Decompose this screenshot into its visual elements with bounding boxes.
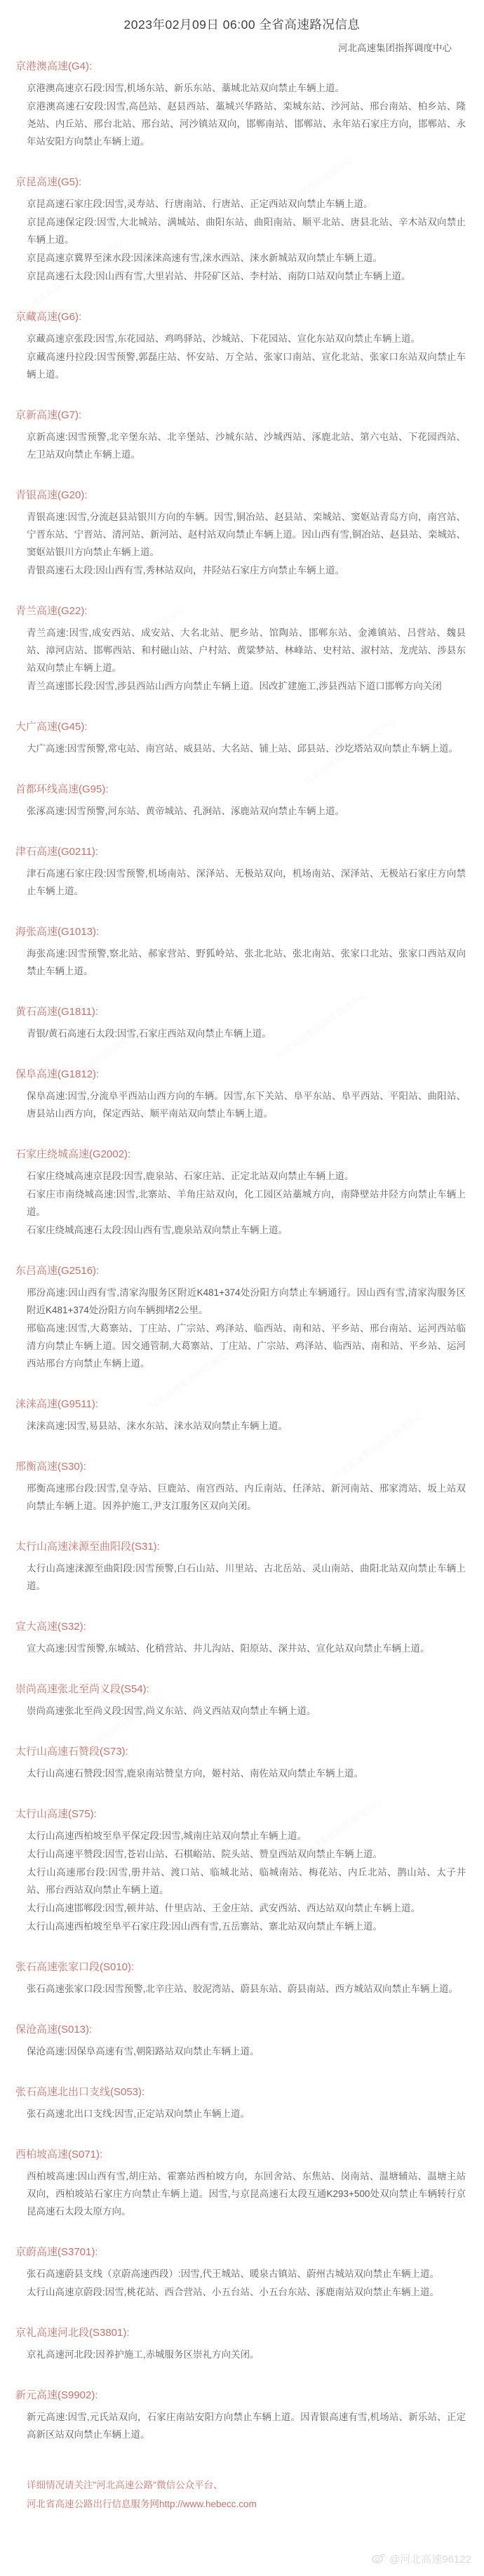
road-status-paragraph: 京昆高速石家庄段:因雪,灵寿站、行唐南站、行唐站、正定西站双向禁止车辆上道。 — [27, 195, 466, 213]
highway-name: 太行山高速涞源至曲阳段(S31): — [15, 1539, 484, 1553]
highway-section: 张石高速北出口支线(S053): 张石高速北出口支线:因雪,正定站双向禁止车辆上… — [0, 2084, 484, 2123]
highway-section: 太行山高速涞源至曲阳段(S31): 太行山高速涞源至曲阳段:因雪预警,白石山站、… — [0, 1539, 484, 1595]
road-status-paragraph: 太行山高速平赞段:因雪,苍岩山站、石棋峪站、院头站、赞皇西站双向禁止车辆上道。 — [27, 1845, 466, 1863]
highway-name: 海张高速(G1013): — [15, 924, 484, 938]
highway-section: 青银高速(G20): 青银高速:因雪,分流赵县站银川方向的车辆。因雪,铜冶站、赵… — [0, 487, 484, 579]
highway-name: 首都环线高速(G95): — [15, 781, 484, 796]
highway-section: 太行山高速(S75): 太行山高速西柏坡至阜平保定段:因雪,城南庄站双向禁止车辆… — [0, 1806, 484, 1935]
page-title: 2023年02月09日 06:00 全省高速路况信息 — [0, 15, 484, 33]
highway-section: 张石高速张家口段(S010): 张石高速张家口段:因雪预警,北辛庄站、胶泥湾站、… — [0, 1959, 484, 1998]
highway-section: 石家庄绕城高速(G2002): 石家庄绕城高速京昆段:因雪,鹿泉站、石家庄站、正… — [0, 1146, 484, 1239]
road-status-paragraph: 保阜高速:因雪,分流阜平西站山西方向的车辆。因雪,东下关站、阜平东站、阜平西站、… — [27, 1087, 466, 1122]
road-status-paragraph: 新元高速:因雪,元氏站双向，石家庄南站安阳方向禁止车辆上道。因青银高速有雪,机场… — [27, 2408, 466, 2443]
road-status-paragraph: 青兰高速邯长段:因雪,涉县西站山西方向禁止车辆上道。因改扩建施工,涉县西站下道口… — [27, 677, 466, 695]
highway-section: 京港澳高速(G4): 京港澳高速京石段:因雪,机场东站、新乐东站、藁城北站双向禁… — [0, 58, 484, 150]
highway-name: 京藏高速(G6): — [15, 309, 484, 324]
road-status-paragraph: 宣大高速:因雪预警,东城站、化稍营站、井儿沟站、阳原站、深井站、宣化站双向禁止车… — [27, 1640, 466, 1657]
highway-name: 京蔚高速(S3701): — [15, 2244, 484, 2259]
highway-name: 崇尚高速张北至尚义段(S54): — [15, 1681, 484, 1696]
road-status-paragraph: 太行山高速邯郸段:因雪,顿井站、什里店站、王金庄站、武安西站、西达站双向禁止车辆… — [27, 1899, 466, 1917]
highway-name: 京昆高速(G5): — [15, 174, 484, 189]
highway-section: 青兰高速(G22): 青兰高速:因雪,成安西站、成安站、大名北站、肥乡站、馆陶站… — [0, 603, 484, 695]
highway-name: 津石高速(G0211): — [15, 844, 484, 858]
highway-name: 新元高速(S9902): — [15, 2387, 484, 2402]
road-status-paragraph: 青银高速:因雪,分流赵县站银川方向的车辆。因雪,铜冶站、赵县站、栾城站、窦妪站青… — [27, 508, 466, 561]
highway-name: 京港澳高速(G4): — [15, 58, 484, 73]
road-status-paragraph: 太行山高速石赞段:因雪,鹿泉南站赞皇方向，姬村站、南佐站双向禁止车辆上道。 — [27, 1765, 466, 1782]
highway-section: 邢衡高速(S30): 邢衡高速邢台段:因雪,皇寺站、巨鹿站、南宫西站、内丘南站、… — [0, 1459, 484, 1515]
highway-name: 宣大高速(S32): — [15, 1619, 484, 1633]
highway-name: 太行山高速(S75): — [15, 1806, 484, 1821]
road-status-paragraph: 青银高速石太段:因山西有雪,秀林站双向，井陉站石家庄方向禁止车辆上道。 — [27, 562, 466, 579]
highway-section: 首都环线高速(G95): 张涿高速:因雪预警,河东站、黄帝城站、孔涧站、涿鹿站双… — [0, 781, 484, 820]
highway-section: 崇尚高速张北至尚义段(S54): 崇尚高速张北至尚义段:因雪,尚义东站、尚义西站… — [0, 1681, 484, 1720]
road-status-paragraph: 石家庄市南绕城高速:因雪,北寨站、羊角庄站双向，化工园区站藁城方向，南降壁站井陉… — [27, 1186, 466, 1221]
highway-section: 太行山高速石赞段(S73): 太行山高速石赞段:因雪,鹿泉南站赞皇方向，姬村站、… — [0, 1744, 484, 1782]
road-status-paragraph: 京昆高速保定段:因雪,大北城站、满城站、曲阳东站、曲阳南站、顺平北站、唐县北站、… — [27, 213, 466, 248]
highway-section: 京新高速(G7): 京新高速:因雪预警,北辛堡东站、北辛堡站、沙城东站、沙城西站… — [0, 407, 484, 463]
road-status-paragraph: 崇尚高速张北至尚义段:因雪,尚义东站、尚义西站双向禁止车辆上道。 — [27, 1702, 466, 1720]
road-status-paragraph: 邢汾高速:因山西有雪,清家沟服务区附近K481+374处汾阳方向禁止车辆通行。因… — [27, 1284, 466, 1319]
highway-section: 大广高速(G45): 大广高速:因雪预警,常屯站、南宫站、威县站、大名站、铺上站… — [0, 719, 484, 757]
highway-section: 海张高速(G1013): 海张高速:因雪预警,察北站、郝家营站、野狐岭站、张北北… — [0, 924, 484, 980]
highway-section: 京藏高速(G6): 京藏高速京张段:因雪,东花园站、鸡鸣驿站、沙城站、下花园站、… — [0, 309, 484, 383]
highway-name: 邢衡高速(S30): — [15, 1459, 484, 1473]
weibo-icon — [372, 2551, 386, 2566]
road-status-paragraph: 京港澳高速京石段:因雪,机场东站、新乐东站、藁城北站双向禁止车辆上道。 — [27, 79, 466, 97]
highway-name: 石家庄绕城高速(G2002): — [15, 1146, 484, 1161]
highway-section: 保阜高速(G1812): 保阜高速:因雪,分流阜平西站山西方向的车辆。因雪,东下… — [0, 1066, 484, 1122]
road-status-paragraph: 太行山高速西柏坡至阜平保定段:因雪,城南庄站双向禁止车辆上道。 — [27, 1827, 466, 1845]
road-status-paragraph: 张石高速蔚县支线（京蔚高速西段）:因雪,代王城站、暖泉古镇站、蔚州古城站双向禁止… — [27, 2265, 466, 2283]
road-status-paragraph: 太行山高速西柏坡至阜平石家庄段:因山西有雪,五岳寨站、寨北站双向禁止车辆上道。 — [27, 1918, 466, 1935]
road-status-paragraph: 石家庄绕城高速京昆段:因雪,鹿泉站、石家庄站、正定北站双向禁止车辆上道。 — [27, 1167, 466, 1185]
highway-name: 东吕高速(G2516): — [15, 1263, 484, 1277]
road-status-paragraph: 张石高速北出口支线:因雪,正定站双向禁止车辆上道。 — [27, 2105, 466, 2123]
road-status-paragraph: 石家庄绕城高速石太段:因山西有雪,鹿泉站双向禁止车辆上道。 — [27, 1221, 466, 1239]
highway-sections-container: 京港澳高速(G4): 京港澳高速京石段:因雪,机场东站、新乐东站、藁城北站双向禁… — [0, 58, 484, 2443]
road-status-paragraph: 西柏坡高速:因山西有雪,胡庄站、霍寨站西柏坡方向，东回舍站、东焦站、岗南站、温塘… — [27, 2167, 466, 2220]
road-status-paragraph: 邢临高速:因雪,大葛寨站、丁庄站、广宗站、鸡泽站、临西站、南和站、平乡站、邢台南… — [27, 1320, 466, 1372]
highway-name: 京新高速(G7): — [15, 407, 484, 422]
highway-section: 西柏坡高速(S071): 西柏坡高速:因山西有雪,胡庄站、霍寨站西柏坡方向，东回… — [0, 2146, 484, 2220]
highway-name: 保沧高速(S013): — [15, 2021, 484, 2036]
traffic-report-document: 2023年02月09日 06:00 全省高速路况信息 河北高速集团指挥调度中心 … — [0, 0, 484, 2566]
road-status-paragraph: 青兰高速:因雪,成安西站、成安站、大名北站、肥乡站、馆陶站、邯郸东站、金滩镇站、… — [27, 624, 466, 677]
road-status-paragraph: 涞涞高速:因雪,易县站、涞水东站、涞水站双向禁止车辆上道。 — [27, 1417, 466, 1435]
highway-section: 保沧高速(S013): 保沧高速:因保阜高速有雪,朝阳路站双向禁止车辆上道。 — [0, 2021, 484, 2060]
road-status-paragraph: 海张高速:因雪预警,察北站、郝家营站、野狐岭站、张北北站、张北南站、张家口北站、… — [27, 945, 466, 980]
weibo-account-name: @河北高速96122 — [389, 2551, 471, 2566]
road-status-paragraph: 邢衡高速邢台段:因雪,皇寺站、巨鹿站、南宫西站、内丘南站、任泽站、新河南站、邢家… — [27, 1480, 466, 1515]
highway-section: 京昆高速(G5): 京昆高速石家庄段:因雪,灵寿站、行唐南站、行唐站、正定西站双… — [0, 174, 484, 285]
highway-section: 宣大高速(S32): 宣大高速:因雪预警,东城站、化稍营站、井儿沟站、阳原站、深… — [0, 1619, 484, 1657]
road-status-paragraph: 京礼高速河北段:因养护施工,赤城服务区崇礼方向关闭。 — [27, 2346, 466, 2363]
highway-name: 涞涞高速(G9511): — [15, 1396, 484, 1411]
road-status-paragraph: 太行山高速涞源至曲阳段:因雪预警,白石山站、川里站、古北岳站、灵山南站、曲阳北站… — [27, 1560, 466, 1595]
highway-name: 张石高速张家口段(S010): — [15, 1959, 484, 1974]
road-status-paragraph: 保沧高速:因保阜高速有雪,朝阳路站双向禁止车辆上道。 — [27, 2043, 466, 2060]
highway-name: 保阜高速(G1812): — [15, 1066, 484, 1081]
road-status-paragraph: 京藏高速京张段:因雪,东花园站、鸡鸣驿站、沙城站、下花园站、宣化东站双向禁止车辆… — [27, 330, 466, 347]
highway-name: 青兰高速(G22): — [15, 603, 484, 618]
footer-line-wechat: 详细情况请关注"河北高速公路"微信公众平台、 — [27, 2476, 466, 2495]
road-status-paragraph: 津石高速石家庄段:因雪预警,机场南站、深泽站、无极站双向，机场南站、深泽站、无极… — [27, 865, 466, 900]
road-status-paragraph: 张石高速张家口段:因雪预警,北辛庄站、胶泥湾站、蔚县东站、蔚县南站、西方城站双向… — [27, 1980, 466, 1998]
highway-section: 津石高速(G0211): 津石高速石家庄段:因雪预警,机场南站、深泽站、无极站双… — [0, 844, 484, 900]
issuer-subtitle: 河北高速集团指挥调度中心 — [0, 40, 452, 54]
highway-name: 太行山高速石赞段(S73): — [15, 1744, 484, 1758]
road-status-paragraph: 京昆高速石太段:因山西有雪,大里岩站、井陉矿区站、李村站、南防口站双向禁止车辆上… — [27, 267, 466, 285]
highway-section: 涞涞高速(G9511): 涞涞高速:因雪,易县站、涞水东站、涞水站双向禁止车辆上… — [0, 1396, 484, 1435]
highway-name: 青银高速(G20): — [15, 487, 484, 502]
highway-section: 新元高速(S9902): 新元高速:因雪,元氏站双向，石家庄南站安阳方向禁止车辆… — [0, 2387, 484, 2443]
highway-section: 京礼高速河北段(S3801): 京礼高速河北段:因养护施工,赤城服务区崇礼方向关… — [0, 2325, 484, 2363]
highway-name: 大广高速(G45): — [15, 719, 484, 733]
road-status-paragraph: 大广高速:因雪预警,常屯站、南宫站、威县站、大名站、铺上站、邱县站、沙圪塔站双向… — [27, 740, 466, 757]
road-status-paragraph: 京藏高速丹拉段:因雪预警,郭磊庄站、怀安站、万全站、张家口南站、宣化北站、张家口… — [27, 348, 466, 383]
road-status-paragraph: 京港澳高速石安段:因雪,高邑站、赵县西站、藁城兴华路站、栾城东站、沙河站、邢台南… — [27, 98, 466, 150]
road-status-paragraph: 京新高速:因雪预警,北辛堡东站、北辛堡站、沙城东站、沙城西站、涿鹿北站、第六屯站… — [27, 428, 466, 463]
highway-name: 张石高速北出口支线(S053): — [15, 2084, 484, 2099]
road-status-paragraph: 青银/黄石高速石太段:因雪,石家庄西站双向禁止车辆上道。 — [27, 1025, 466, 1042]
highway-name: 京礼高速河北段(S3801): — [15, 2325, 484, 2339]
road-status-paragraph: 太行山高速邢台段:因雪,册井站、渡口站、临城北站、临城南站、梅花站、内丘北站、鹊… — [27, 1864, 466, 1899]
highway-name: 西柏坡高速(S071): — [15, 2146, 484, 2161]
footer-note: 详细情况请关注"河北高速公路"微信公众平台、 河北省高速公路出行信息服务网htt… — [27, 2476, 466, 2514]
footer-line-website: 河北省高速公路出行信息服务网http://www.hebecc.com — [27, 2495, 466, 2514]
weibo-watermark: @河北高速96122 — [0, 2551, 471, 2566]
road-status-paragraph: 京昆高速京冀界至涞水段:因涞涞高速有雪,涞水西站、涞水新城站双向禁止车辆上道。 — [27, 249, 466, 267]
highway-section: 东吕高速(G2516): 邢汾高速:因山西有雪,清家沟服务区附近K481+374… — [0, 1263, 484, 1372]
highway-section: 黄石高速(G1811): 青银/黄石高速石太段:因雪,石家庄西站双向禁止车辆上道… — [0, 1004, 484, 1042]
road-status-paragraph: 太行山高速京蔚段:因雪,桃花站、西合营站、小五台站、小五台东站、涿鹿南站双向禁止… — [27, 2283, 466, 2301]
road-status-paragraph: 张涿高速:因雪预警,河东站、黄帝城站、孔涧站、涿鹿站双向禁止车辆上道。 — [27, 802, 466, 820]
highway-section: 京蔚高速(S3701): 张石高速蔚县支线（京蔚高速西段）:因雪,代王城站、暖泉… — [0, 2244, 484, 2301]
highway-name: 黄石高速(G1811): — [15, 1004, 484, 1018]
